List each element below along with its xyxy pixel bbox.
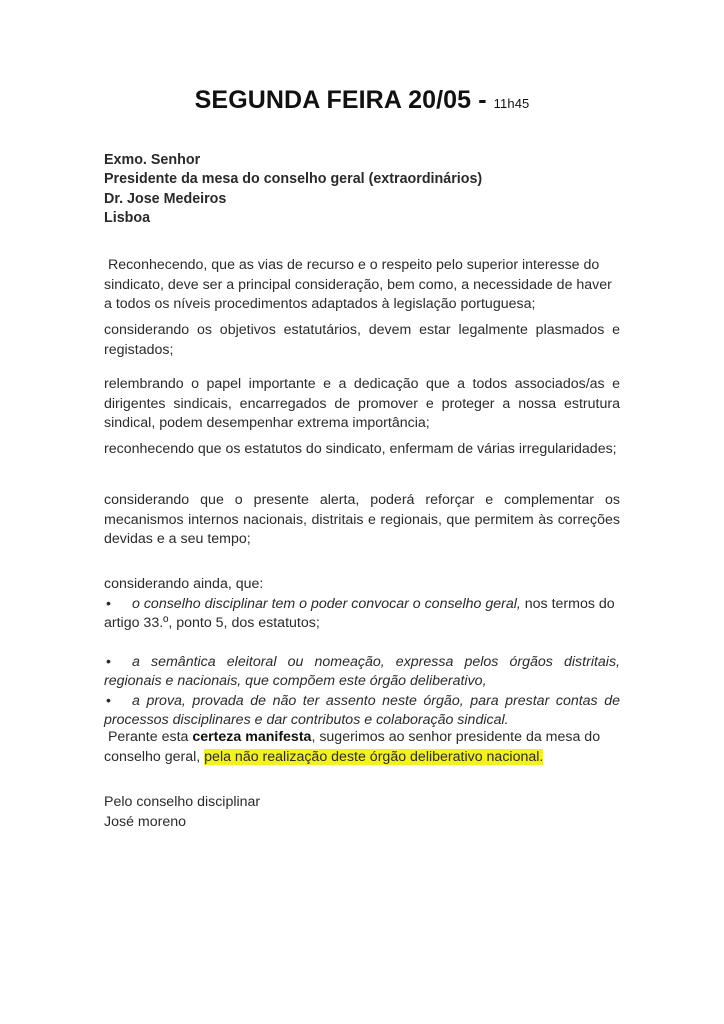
paragraph-5: considerando que o presente alerta, pode… (104, 491, 620, 550)
address-name: Dr. Jose Medeiros (104, 190, 482, 209)
bullet-section: considerando ainda, que: •o conselho dis… (104, 575, 620, 731)
paragraph-3: relembrando o papel importante e a dedic… (104, 375, 620, 434)
bullet-intro: considerando ainda, que: (104, 575, 620, 595)
list-item-italic: o conselho disciplinar tem o poder convo… (132, 596, 521, 612)
highlighted-text: pela não realização deste órgão delibera… (204, 749, 543, 765)
title-time: 11h45 (494, 96, 530, 111)
list-item-italic: a prova, provada de não ter assento nest… (104, 693, 620, 729)
list-item: •a semântica eleitoral ou nomeação, expr… (104, 653, 620, 692)
recipient-address: Exmo. Senhor Presidente da mesa do conse… (104, 151, 482, 229)
bullet-icon: • (104, 692, 132, 712)
page-title: SEGUNDA FEIRA 20/05 - 11h45 (0, 86, 724, 115)
document-page: SEGUNDA FEIRA 20/05 - 11h45 Exmo. Senhor… (0, 0, 724, 1024)
paragraph-2: considerando os objetivos estatutários, … (104, 321, 620, 360)
paragraph-4: reconhecendo que os estatutos do sindica… (104, 440, 620, 460)
address-role: Presidente da mesa do conselho geral (ex… (104, 170, 482, 189)
conclusion-emphasis: certeza manifesta (192, 729, 311, 745)
bullet-icon: • (104, 653, 132, 673)
conclusion-paragraph: Perante esta certeza manifesta, sugerimo… (104, 728, 620, 767)
bullet-icon: • (104, 595, 132, 615)
address-salutation: Exmo. Senhor (104, 151, 482, 170)
conclusion-pre: Perante esta (104, 729, 192, 745)
address-city: Lisboa (104, 209, 482, 228)
signature-line-1: Pelo conselho disciplinar (104, 793, 260, 813)
list-item: •a prova, provada de não ter assento nes… (104, 692, 620, 731)
list-item: •o conselho disciplinar tem o poder conv… (104, 595, 620, 634)
list-item-italic: a semântica eleitoral ou nomeação, expre… (104, 654, 620, 690)
signature-name: José moreno (104, 813, 260, 833)
paragraph-1: Reconhecendo, que as vias de recurso e o… (104, 256, 620, 315)
title-date: SEGUNDA FEIRA 20/05 - (195, 86, 487, 114)
signature: Pelo conselho disciplinar José moreno (104, 793, 260, 832)
